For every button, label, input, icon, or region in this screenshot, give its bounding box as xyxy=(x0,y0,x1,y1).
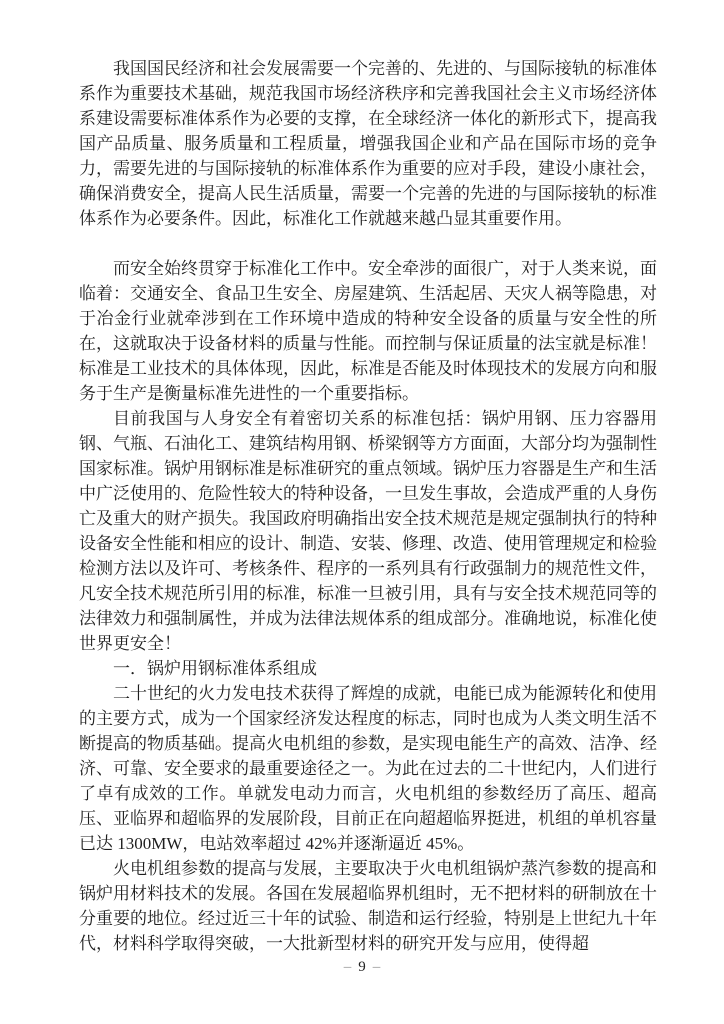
page-footer: –9– xyxy=(0,958,724,976)
paragraph: 二十世纪的火力发电技术获得了辉煌的成就，电能已成为能源转化和使用的主要方式，成为… xyxy=(79,681,657,856)
paragraph: 我国国民经济和社会发展需要一个完善的、先进的、与国际接轨的标准体系作为重要技术基… xyxy=(79,56,657,231)
document-body: 我国国民经济和社会发展需要一个完善的、先进的、与国际接轨的标准体系作为重要技术基… xyxy=(79,56,657,956)
page-number: 9 xyxy=(358,959,366,975)
paragraph: 而安全始终贯穿于标准化工作中。安全牵涉的面很广，对于人类来说，面临着：交通安全、… xyxy=(79,256,657,406)
footer-dash-left: – xyxy=(344,959,352,975)
paragraph: 目前我国与人身安全有着密切关系的标准包括：锅炉用钢、压力容器用钢、气瓶、石油化工… xyxy=(79,406,657,656)
section-heading: 一．锅炉用钢标准体系组成 xyxy=(79,656,657,681)
document-page: 我国国民经济和社会发展需要一个完善的、先进的、与国际接轨的标准体系作为重要技术基… xyxy=(0,0,724,1024)
footer-dash-right: – xyxy=(373,959,381,975)
paragraph: 火电机组参数的提高与发展，主要取决于火电机组锅炉蒸汽参数的提高和锅炉用材料技术的… xyxy=(79,856,657,956)
